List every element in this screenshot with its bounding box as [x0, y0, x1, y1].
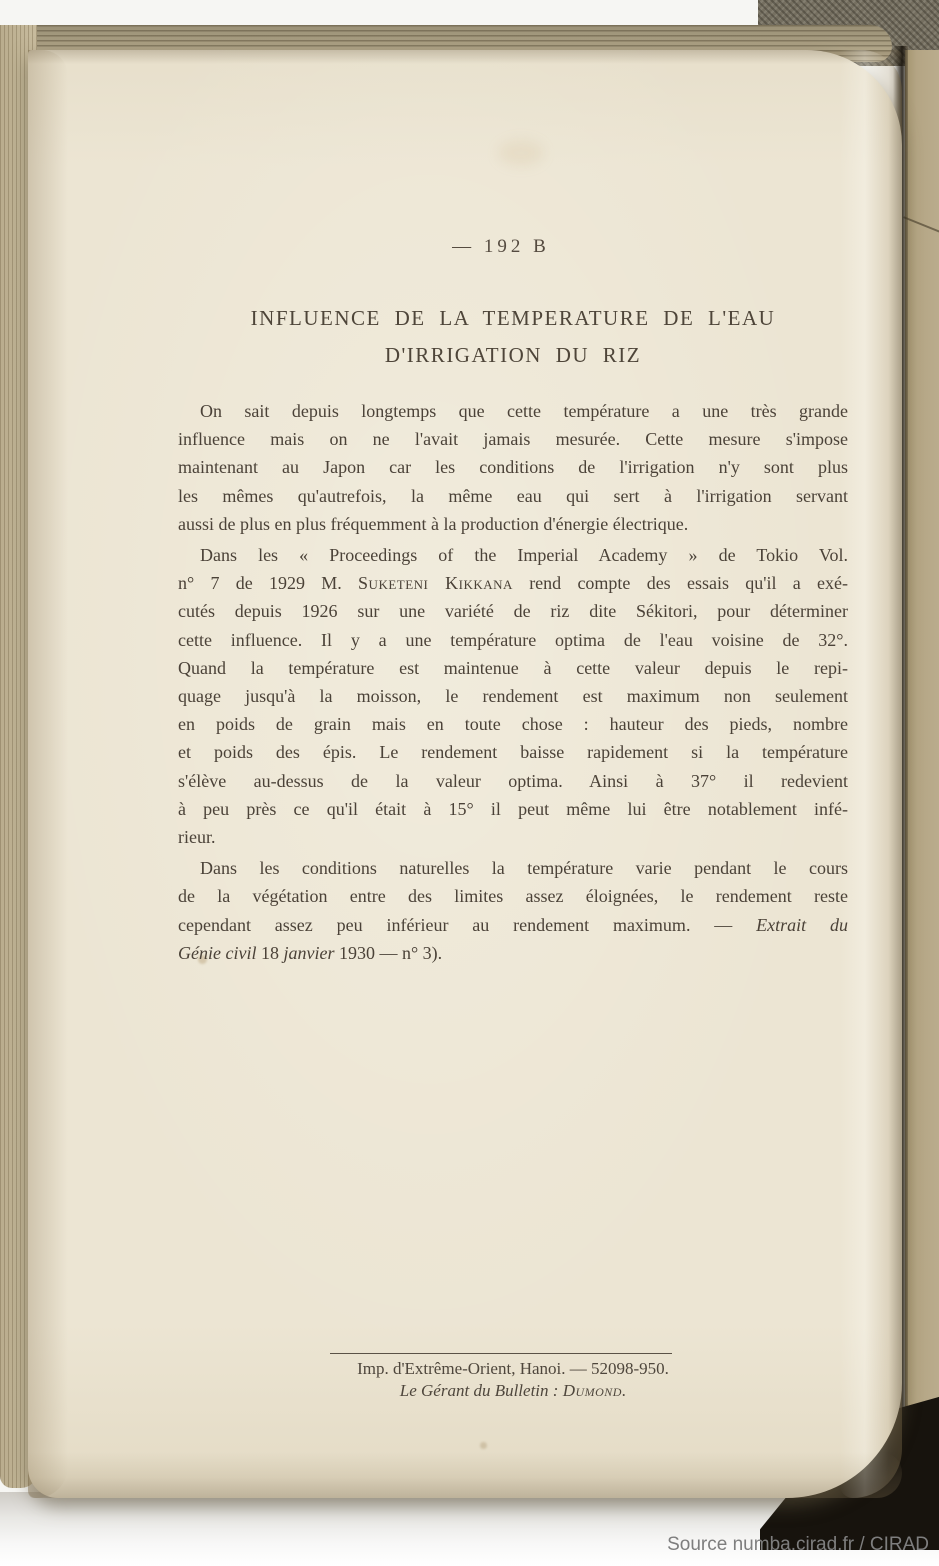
text-segment: influence mais on ne l'avait jamais mesu…	[178, 429, 848, 449]
text-line: les mêmes qu'autrefois, la même eau qui …	[178, 482, 848, 510]
text-segment: rieur.	[178, 827, 216, 847]
text-segment: en poids de grain mais en toute chose : …	[178, 714, 848, 734]
text-line: cette influence. Il y a une température …	[178, 626, 848, 654]
text-segment: 18	[256, 943, 283, 963]
text-segment: aussi de plus en plus fréquemment à la p…	[178, 514, 688, 534]
text-line: Quand la température est maintenue à cet…	[178, 654, 848, 682]
paragraph: Dans les conditions naturelles la tempér…	[178, 854, 848, 967]
text-line: rieur.	[178, 823, 848, 851]
text-segment: et poids des épis. Le rendement baisse r…	[178, 742, 848, 762]
text-segment: Génie civil	[178, 943, 256, 963]
gerant-line: Le Gérant du Bulletin : Dumond.	[178, 1380, 848, 1402]
text-segment: janvier	[283, 943, 334, 963]
book-page: — 192 B INFLUENCE DE LA TEMPERATURE DE L…	[28, 50, 902, 1498]
paragraph: On sait depuis longtemps que cette tempé…	[178, 397, 848, 538]
scanned-book-photo: — 192 B INFLUENCE DE LA TEMPERATURE DE L…	[0, 0, 939, 1566]
text-segment: Dumond	[563, 1381, 622, 1400]
page-bottom-shadow	[28, 1452, 902, 1498]
text-segment: Quand la température est maintenue à cet…	[178, 658, 848, 678]
text-line: On sait depuis longtemps que cette tempé…	[178, 397, 848, 425]
page-top-shadow	[28, 50, 902, 64]
text-segment: quage jusqu'à la moisson, le rendement e…	[178, 686, 848, 706]
text-segment: Suketeni Kikkana	[358, 573, 513, 593]
text-line: et poids des épis. Le rendement baisse r…	[178, 738, 848, 766]
imprint-line: Imp. d'Extrême-Orient, Hanoi. — 52098-95…	[178, 1358, 848, 1380]
text-segment: cutés depuis 1926 sur une variété de riz…	[178, 601, 848, 621]
text-segment: s'élève au-dessus de la valeur optima. A…	[178, 771, 848, 791]
title-line-1: INFLUENCE DE LA TEMPERATURE DE L'EAU	[178, 300, 848, 337]
page-stain	[498, 140, 544, 166]
text-line: Génie civil 18 janvier 1930 — n° 3).	[178, 939, 848, 967]
text-segment: 1930 — n° 3).	[334, 943, 442, 963]
page-curl-right	[840, 50, 902, 1498]
text-segment: les mêmes qu'autrefois, la même eau qui …	[178, 486, 848, 506]
text-line: quage jusqu'à la moisson, le rendement e…	[178, 682, 848, 710]
page-number: — 192 B	[166, 236, 836, 258]
paragraph: Dans les « Proceedings of the Imperial A…	[178, 541, 848, 851]
text-segment: cette influence. Il y a une température …	[178, 630, 848, 650]
text-segment: Extrait du	[756, 915, 848, 935]
text-segment: Imp. d'Extrême-Orient, Hanoi. — 52098-95…	[357, 1359, 669, 1378]
text-line: influence mais on ne l'avait jamais mesu…	[178, 425, 848, 453]
text-segment: Dans les conditions naturelles la tempér…	[200, 858, 848, 878]
text-line: n° 7 de 1929 M. Suketeni Kikkana rend co…	[178, 569, 848, 597]
text-segment: Dans les « Proceedings of the Imperial A…	[200, 545, 848, 565]
text-segment: .	[622, 1381, 626, 1400]
text-line: cependant assez peu inférieur au rendeme…	[178, 911, 848, 939]
text-line: maintenant au Japon car les conditions d…	[178, 453, 848, 481]
article-title: INFLUENCE DE LA TEMPERATURE DE L'EAU D'I…	[178, 300, 848, 374]
text-segment: maintenant au Japon car les conditions d…	[178, 457, 848, 477]
text-line: aussi de plus en plus fréquemment à la p…	[178, 510, 848, 538]
text-line: cutés depuis 1926 sur une variété de riz…	[178, 597, 848, 625]
text-segment: On sait depuis longtemps que cette tempé…	[200, 401, 848, 421]
imprint-footer: Imp. d'Extrême-Orient, Hanoi. — 52098-95…	[178, 1353, 848, 1402]
article-body: On sait depuis longtemps que cette tempé…	[178, 397, 848, 970]
text-segment: Le Gérant du Bulletin :	[400, 1381, 563, 1400]
watermark-text: Source numba.cirad.fr / CIRAD	[667, 1534, 929, 1556]
page-stain	[480, 1442, 487, 1449]
text-line: Dans les « Proceedings of the Imperial A…	[178, 541, 848, 569]
page-left-shadow	[28, 50, 68, 1498]
text-segment: à peu près ce qu'il était à 15° il peut …	[178, 799, 848, 819]
footer-rule	[330, 1353, 672, 1354]
text-line: en poids de grain mais en toute chose : …	[178, 710, 848, 738]
text-line: de la végétation entre des limites assez…	[178, 882, 848, 910]
text-segment: n° 7 de 1929 M.	[178, 573, 358, 593]
text-line: s'élève au-dessus de la valeur optima. A…	[178, 767, 848, 795]
facing-page-edge	[905, 50, 939, 1442]
text-line: Dans les conditions naturelles la tempér…	[178, 854, 848, 882]
text-segment: de la végétation entre des limites assez…	[178, 886, 848, 906]
text-segment: cependant assez peu inférieur au rendeme…	[178, 915, 756, 935]
text-line: à peu près ce qu'il était à 15° il peut …	[178, 795, 848, 823]
title-line-2: D'IRRIGATION DU RIZ	[178, 337, 848, 374]
text-segment: rend compte des essais qu'il a exé-	[513, 573, 848, 593]
